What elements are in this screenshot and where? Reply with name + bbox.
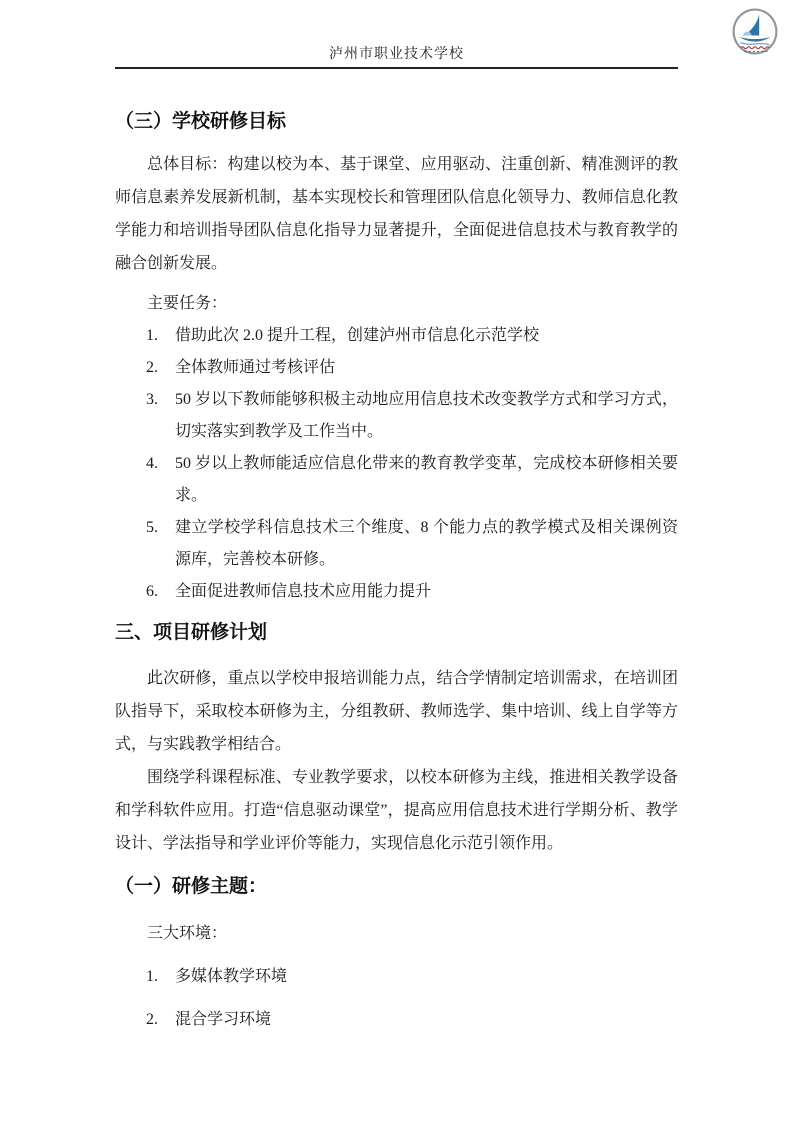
- list-item-number: 1.: [146, 320, 158, 352]
- list-item-text: 混合学习环境: [175, 1011, 271, 1028]
- list-item-text: 多媒体教学环境: [175, 968, 287, 985]
- label-main-tasks: 主要任务：: [115, 287, 678, 320]
- list-item-number: 1.: [146, 960, 158, 993]
- paragraph-overall-goal: 总体目标：构建以校为本、基于课堂、应用驱动、注重创新、精准测评的教师信息素养发展…: [115, 148, 678, 280]
- paragraph-plan-focus: 围绕学科课程标准、专业教学要求，以校本研修为主线，推进相关教学设备和学科软件应用…: [115, 761, 678, 860]
- heading-research-theme: （一）研修主题：: [115, 874, 678, 900]
- header-school-name: 泸州市职业技术学校: [115, 45, 678, 65]
- document-page: 泸州市职业技术学校 （三）学校研修目标 总体目标：构建以校为本、基于课堂、应用驱…: [0, 0, 793, 1122]
- list-item: 4. 50 岁以上教师能适应信息化带来的教育教学变革，完成校本研修相关要求。: [115, 448, 678, 512]
- list-item: 2. 混合学习环境: [115, 1003, 678, 1036]
- sailboat-icon: [732, 8, 778, 55]
- list-item-text: 50 岁以上教师能适应信息化带来的教育教学变革，完成校本研修相关要求。: [175, 455, 678, 504]
- list-item-number: 2.: [146, 1003, 158, 1036]
- heading-school-goals: （三）学校研修目标: [115, 109, 678, 135]
- list-item-text: 建立学校学科信息技术三个维度、8 个能力点的教学模式及相关课例资源库，完善校本研…: [175, 519, 678, 568]
- list-item: 1. 多媒体教学环境: [115, 960, 678, 993]
- document-body: （三）学校研修目标 总体目标：构建以校为本、基于课堂、应用驱动、注重创新、精准测…: [115, 109, 678, 1036]
- list-item: 2. 全体教师通过考核评估: [115, 352, 678, 384]
- list-item-text: 全体教师通过考核评估: [175, 359, 335, 376]
- list-item-number: 2.: [146, 352, 158, 384]
- list-item-number: 5.: [146, 512, 158, 544]
- environments-list: 1. 多媒体教学环境 2. 混合学习环境: [115, 960, 678, 1036]
- list-item: 6. 全面促进教师信息技术应用能力提升: [115, 576, 678, 608]
- list-item-text: 全面促进教师信息技术应用能力提升: [175, 583, 431, 600]
- list-item-number: 6.: [146, 576, 158, 608]
- school-logo-icon: [732, 8, 778, 55]
- header-rule: [115, 67, 678, 69]
- list-item: 1. 借助此次 2.0 提升工程，创建泸州市信息化示范学校: [115, 320, 678, 352]
- list-item: 3. 50 岁以下教师能够积极主动地应用信息技术改变教学方式和学习方式，切实落实…: [115, 384, 678, 448]
- label-three-environments: 三大环境：: [115, 917, 678, 950]
- paragraph-plan-approach: 此次研修，重点以学校申报培训能力点，结合学情制定培训需求，在培训团队指导下，采取…: [115, 662, 678, 761]
- main-tasks-list: 1. 借助此次 2.0 提升工程，创建泸州市信息化示范学校 2. 全体教师通过考…: [115, 320, 678, 608]
- list-item: 5. 建立学校学科信息技术三个维度、8 个能力点的教学模式及相关课例资源库，完善…: [115, 512, 678, 576]
- list-item-text: 50 岁以下教师能够积极主动地应用信息技术改变教学方式和学习方式，切实落实到教学…: [175, 391, 678, 440]
- list-item-text: 借助此次 2.0 提升工程，创建泸州市信息化示范学校: [175, 327, 539, 344]
- heading-project-plan: 三、项目研修计划: [115, 620, 678, 646]
- list-item-number: 4.: [146, 448, 158, 480]
- page-header: 泸州市职业技术学校: [115, 0, 678, 69]
- list-item-number: 3.: [146, 384, 158, 416]
